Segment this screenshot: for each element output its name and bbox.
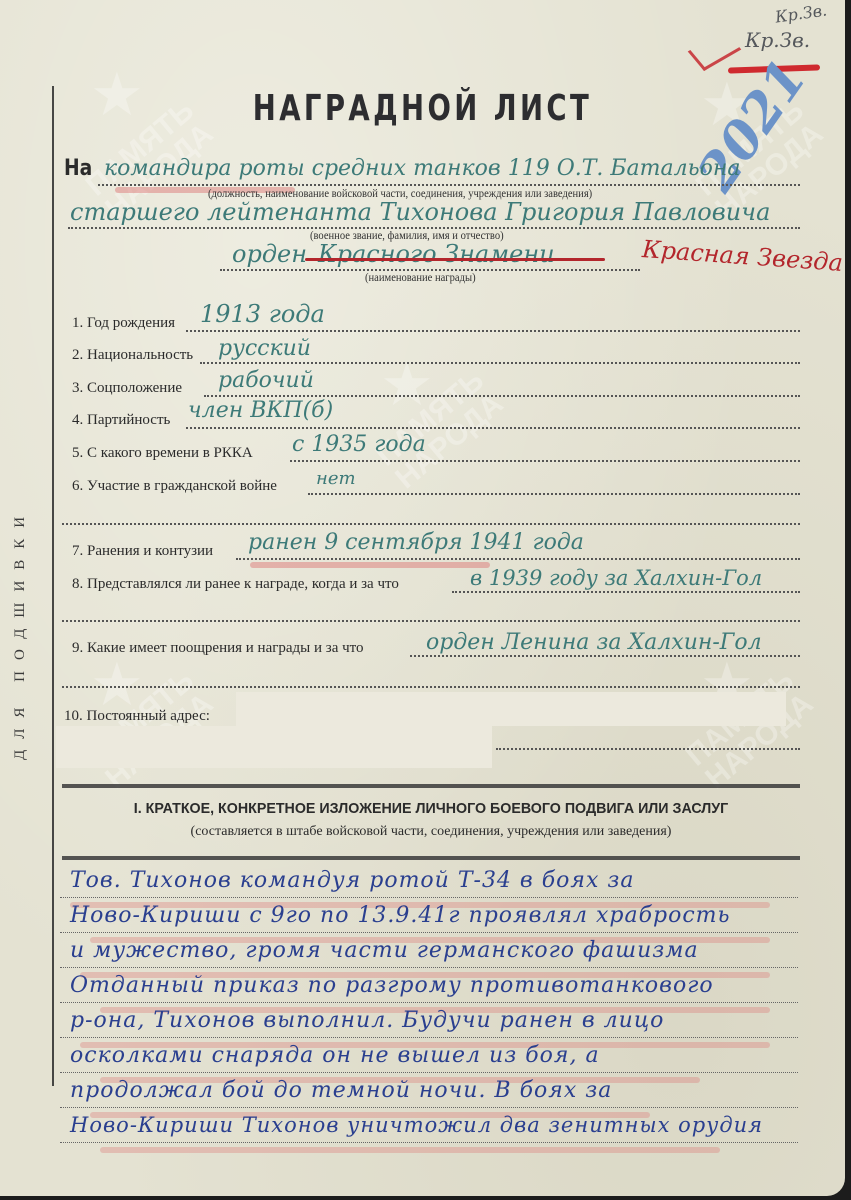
narrative-line: Отданный приказ по разгрому противотанко… [70,973,714,998]
field-6-label: 6. Участие в гражданской войне [72,478,277,495]
narrative-rule [60,967,798,968]
section-subtitle: (составляется в штабе войсковой части, с… [62,824,800,840]
field-7-line [236,558,800,560]
field-7-label: 7. Ранения и контузии [72,543,213,560]
narrative-line: Ново-Кириши с 9го по 13.9.41г проявлял х… [70,903,731,928]
field-8-label: 8. Представлялся ли ранее к награде, ког… [72,576,399,593]
strike-through-mark [305,258,605,261]
field-9-label: 9. Какие имеет поощрения и награды и за … [72,640,364,657]
award-replacement: Красная Звезда [641,235,844,277]
field-7-value: ранен 9 сентября 1941 года [248,530,584,555]
na-label: На [64,156,92,181]
field-2-line [200,362,800,364]
narrative-line: Ново-Кириши Тихонов уничтожил два зенитн… [70,1113,763,1137]
corner-note-1: Кр.Зв. [774,0,828,26]
field-10-label: 10. Постоянный адрес: [64,708,210,725]
narrative-rule [60,1037,798,1038]
field-10-line [496,748,800,750]
field-6-line [308,493,800,495]
field-2-value: русский [218,336,311,361]
field-8-line [452,591,800,593]
corner-note-2: Кр.Зв. [745,28,810,52]
field-4-label: 4. Партийность [72,412,170,429]
field-4-value: член ВКП(б) [188,398,333,423]
narrative-rule [60,1107,798,1108]
section-title: I. КРАТКОЕ, КОНКРЕТНОЕ ИЗЛОЖЕНИЕ ЛИЧНОГО… [80,800,781,817]
position-value: командира роты средних танков 119 О.Т. Б… [104,156,741,181]
narrative-rule [60,1072,798,1073]
field-5-label: 5. С какого времени в РККА [72,445,253,462]
narrative-line: Тов. Тихонов командуя ротой Т-34 в боях … [70,868,634,893]
blank-line [62,523,800,525]
narrative-line: и мужество, громя части германского фаши… [70,938,699,963]
field-3-line [204,395,800,397]
narrative-rule [60,1142,798,1143]
field-5-line [290,460,800,462]
field-5-value: с 1935 года [292,432,426,457]
narrative-rule [60,932,798,933]
blank-line [62,686,800,688]
field-6-value: нет [316,468,356,489]
field-2-label: 2. Национальность [72,347,193,364]
field-1-line [186,330,800,332]
section-divider [62,784,800,788]
award-prefix: орден [232,240,307,268]
blank-line [62,620,800,622]
field-9-value: орден Ленина за Халхин-Гол [426,630,762,655]
field-1-label: 1. Год рождения [72,315,175,332]
binding-margin-label: ДЛЯ ПОДШИВКИ [12,506,29,760]
field-3-value: рабочий [218,368,314,393]
field-1-value: 1913 года [200,300,325,328]
award-struck-value: Красного Знамени [318,240,555,268]
narrative-line: р-она, Тихонов выполнил. Будучи ранен в … [70,1008,664,1033]
field-9-line [410,655,800,657]
narrative-rule [60,1002,798,1003]
highlight-mark [100,1147,720,1153]
narrative-rule [60,897,798,898]
redacted-address-block [56,726,492,768]
narrative-line: осколками снаряда он не вышел из боя, а [70,1043,600,1068]
redacted-address-block [236,692,786,726]
red-check-icon [688,30,742,71]
award-sheet: ★ ПАМЯТЬ НАРОДА ★ ПАМЯТЬ НАРОДА ★ ПАМЯТЬ… [0,0,845,1196]
highlight-mark [250,562,490,568]
field-8-value: в 1939 году за Халхин-Гол [470,566,762,590]
margin-rule [52,86,54,1086]
name-value: старшего лейтенанта Тихонова Григория Па… [70,198,770,226]
section-divider [62,856,800,860]
narrative-line: продолжал бой до темной ночи. В боях за [70,1078,612,1103]
field-4-line [186,427,800,429]
field-3-label: 3. Соцположение [72,380,182,397]
award-caption: (наименование награды) [365,270,476,285]
page-title: НАГРАДНОЙ ЛИСТ [63,88,781,129]
